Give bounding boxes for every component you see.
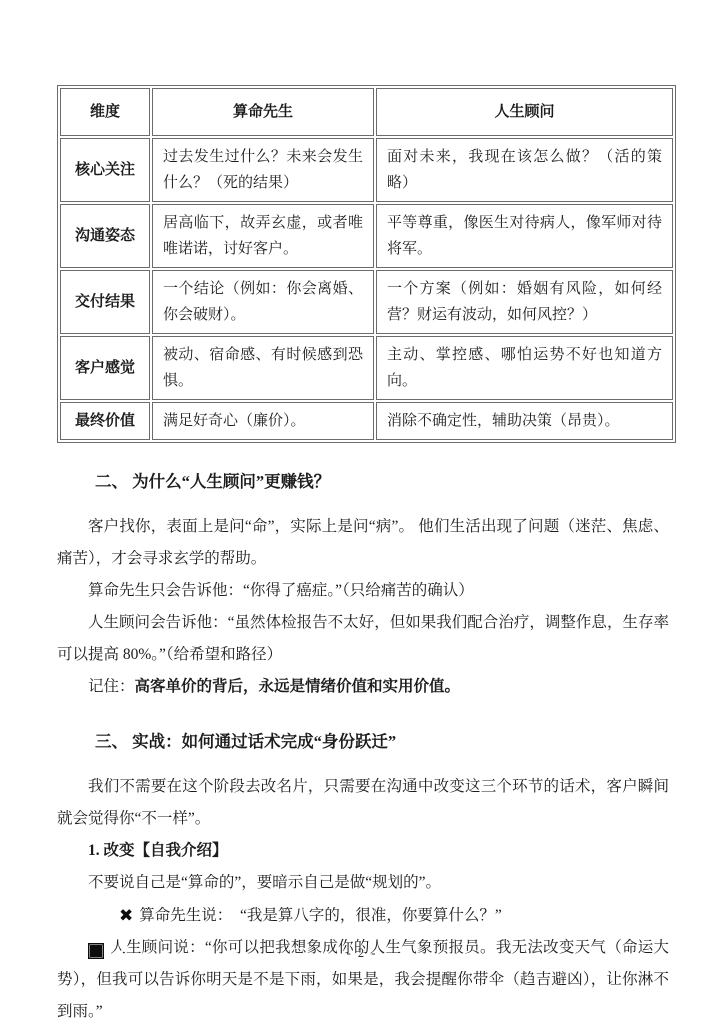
row-label: 客户感觉 — [60, 336, 150, 400]
table-cell: 过去发生过什么？未来会发生什么？（死的结果） — [152, 138, 374, 202]
table-header-row: 维度 算命先生 人生顾问 — [60, 88, 673, 136]
table-row: 交付结果 一个结论（例如：你会离婚、你会破财）。 一个方案（例如：婚姻有风险，如… — [60, 270, 673, 334]
row-label: 最终价值 — [60, 402, 150, 440]
table-header-fortune-teller: 算命先生 — [152, 88, 374, 136]
row-label: 沟通姿态 — [60, 204, 150, 268]
table-row: 核心关注 过去发生过什么？未来会发生什么？（死的结果） 面对未来，我现在该怎么做… — [60, 138, 673, 202]
table-header-dimension: 维度 — [60, 88, 150, 136]
remember-bold-text: 高客单价的背后，永远是情绪价值和实用价值。 — [135, 678, 461, 695]
section-2-heading: 二、 为什么“人生顾问”更赚钱？ — [57, 467, 669, 497]
document-page: 维度 算命先生 人生顾问 核心关注 过去发生过什么？未来会发生什么？（死的结果）… — [0, 0, 724, 1024]
table-cell: 消除不确定性，辅助决策（昂贵）。 — [376, 402, 673, 440]
table-row: 最终价值 满足好奇心（廉价）。 消除不确定性，辅助决策（昂贵）。 — [60, 402, 673, 440]
section-2-paragraph-4: 记住：高客单价的背后，永远是情绪价值和实用价值。 — [57, 671, 669, 703]
page-number: - 2 - — [0, 946, 724, 961]
x-mark-icon: ✖ — [88, 900, 133, 932]
table-cell: 一个方案（例如：婚姻有风险，如何经营？财运有波动，如何风控？） — [376, 270, 673, 334]
table-cell: 面对未来，我现在该怎么做？（活的策略） — [376, 138, 673, 202]
table-row: 客户感觉 被动、宿命感、有时候感到恐惧。 主动、掌控感、哪怕运势不好也知道方向。 — [60, 336, 673, 400]
section-2-paragraph-2: 算命先生只会告诉他：“你得了癌症。”（只给痛苦的确认） — [57, 575, 669, 607]
table-header-life-advisor: 人生顾问 — [376, 88, 673, 136]
table-cell: 平等尊重，像医生对待病人，像军师对待将军。 — [376, 204, 673, 268]
remember-prefix: 记住： — [88, 678, 135, 695]
wrong-example-line: ✖算命先生说： “我是算八字的，很准，你要算什么？” — [57, 899, 669, 932]
table-cell: 主动、掌控感、哪怕运势不好也知道方向。 — [376, 336, 673, 400]
list-item-1-line: 不要说自己是“算命的”，要暗示自己是做“规划的”。 — [57, 867, 669, 899]
list-item-1-heading: 1. 改变【自我介绍】 — [57, 835, 669, 867]
section-2-paragraph-3: 人生顾问会告诉他：“虽然体检报告不太好，但如果我们配合治疗，调整作息，生存率可以… — [57, 607, 669, 671]
table-cell: 居高临下，故弄玄虚，或者唯唯诺诺，讨好客户。 — [152, 204, 374, 268]
row-label: 核心关注 — [60, 138, 150, 202]
comparison-table: 维度 算命先生 人生顾问 核心关注 过去发生过什么？未来会发生什么？（死的结果）… — [57, 85, 676, 443]
table-cell: 一个结论（例如：你会离婚、你会破财）。 — [152, 270, 374, 334]
table-row: 沟通姿态 居高临下，故弄玄虚，或者唯唯诺诺，讨好客户。 平等尊重，像医生对待病人… — [60, 204, 673, 268]
row-label: 交付结果 — [60, 270, 150, 334]
table-cell: 被动、宿命感、有时候感到恐惧。 — [152, 336, 374, 400]
section-2-paragraph-1: 客户找你，表面上是问“命”，实际上是问“病”。 他们生活出现了问题（迷茫、焦虑、… — [57, 511, 669, 575]
section-3-heading: 三、 实战：如何通过话术完成“身份跃迁” — [57, 727, 669, 757]
table-cell: 满足好奇心（廉价）。 — [152, 402, 374, 440]
section-3-paragraph-1: 我们不需要在这个阶段去改名片，只需要在沟通中改变这三个环节的话术，客户瞬间就会觉… — [57, 771, 669, 835]
wrong-example-text: 算命先生说： “我是算八字的，很准，你要算什么？” — [139, 907, 502, 924]
